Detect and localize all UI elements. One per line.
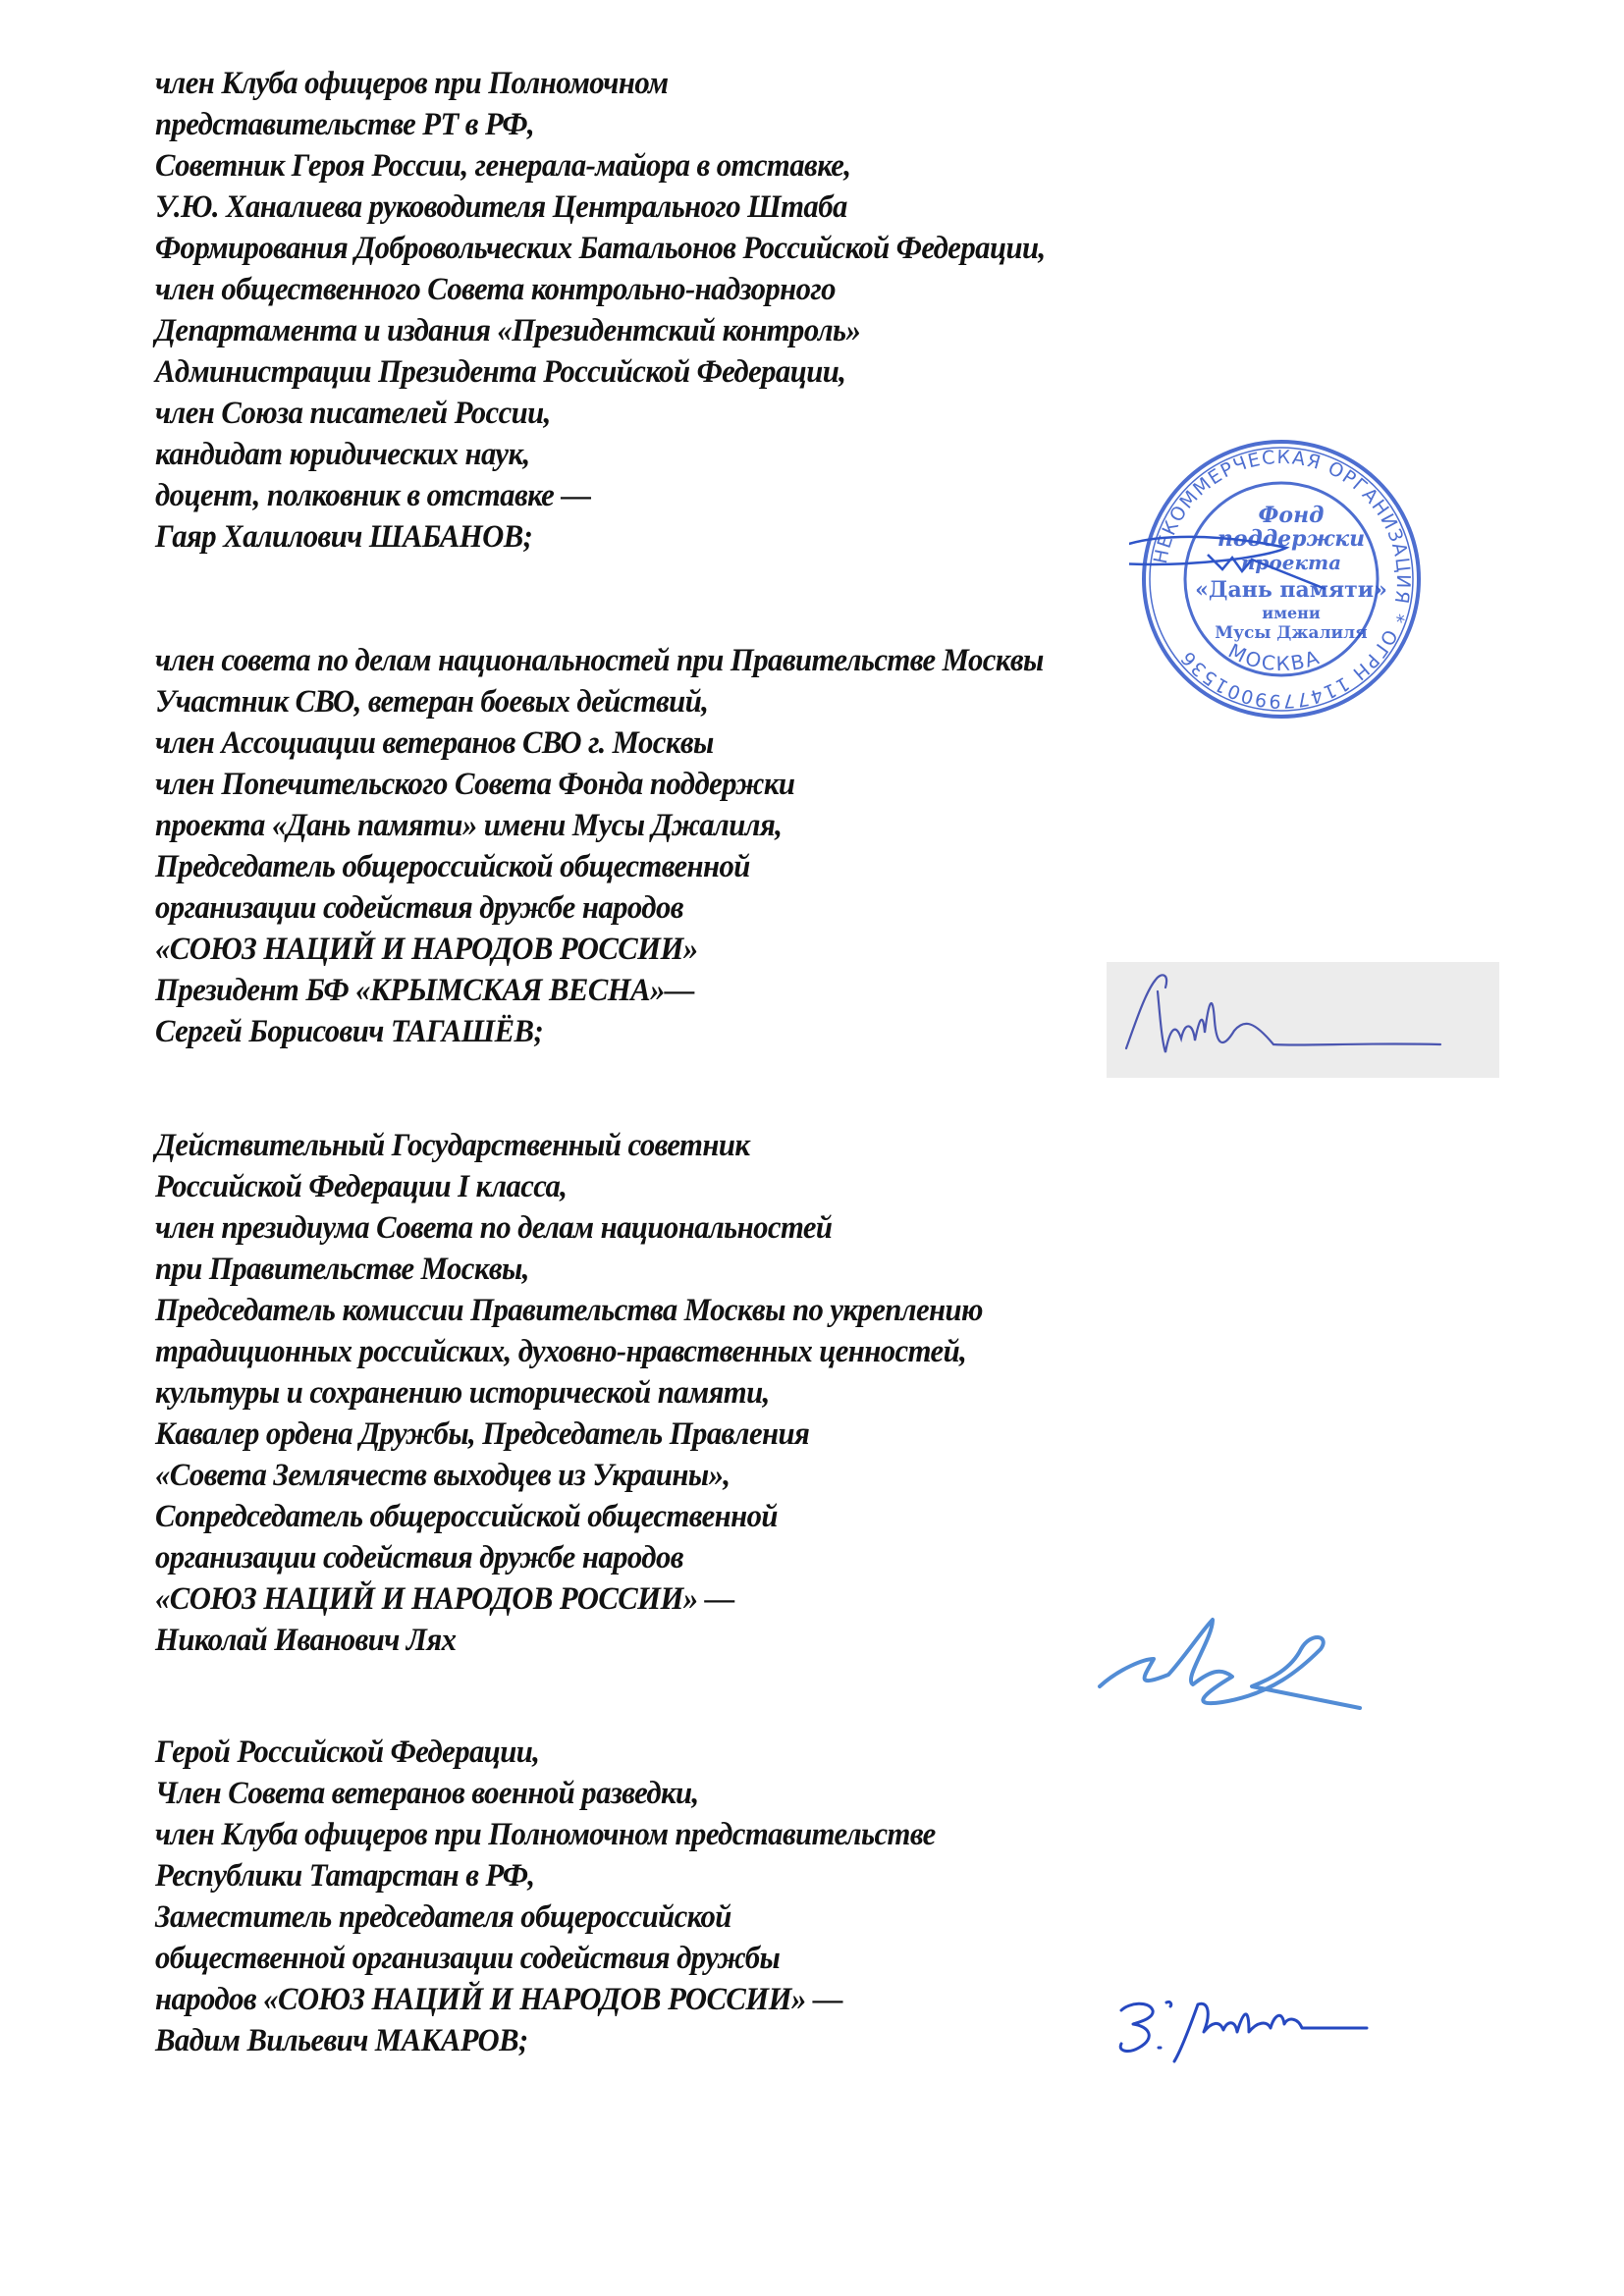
signature-tagashev bbox=[1107, 962, 1499, 1078]
signatory-block-tagashev: член совета по делам национальностей при… bbox=[155, 640, 1110, 1052]
text-line: «СОЮЗ НАЦИЙ И НАРОДОВ РОССИИ» — bbox=[155, 1578, 983, 1620]
text-line: член президиума Совета по делам национал… bbox=[155, 1207, 983, 1249]
text-line: народов «СОЮЗ НАЦИЙ И НАРОДОВ РОССИИ» — bbox=[155, 1979, 936, 2020]
signatory-name: Николай Иванович Лях bbox=[155, 1620, 983, 1661]
text-line: Администрации Президента Российской Феде… bbox=[155, 351, 1046, 393]
text-line: «СОЮЗ НАЦИЙ И НАРОДОВ РОССИИ» bbox=[155, 929, 1044, 970]
text-line: Советник Героя России, генерала-майора в… bbox=[155, 145, 1046, 187]
text-line: У.Ю. Ханалиева руководителя Центрального… bbox=[155, 187, 1046, 228]
text-line: Республики Татарстан в РФ, bbox=[155, 1855, 936, 1896]
text-line: член совета по делам национальностей при… bbox=[155, 640, 1044, 681]
text-line: член Клуба офицеров при Полномочном bbox=[155, 63, 1046, 104]
text-line: организации содействия дружбе народов bbox=[155, 1537, 983, 1578]
text-line: традиционных российских, духовно-нравств… bbox=[155, 1331, 983, 1372]
signatory-name: Гаяр Халилович ШАБАНОВ; bbox=[155, 516, 1046, 558]
signature-makarov bbox=[1110, 1993, 1384, 2066]
text-line: доцент, полковник в отставке — bbox=[155, 475, 1046, 516]
svg-text:МОСКВА: МОСКВА bbox=[1224, 639, 1324, 676]
text-line: «Совета Землячеств выходцев из Украины», bbox=[155, 1455, 983, 1496]
svg-text:Мусы Джалиля: Мусы Джалиля bbox=[1215, 623, 1367, 643]
text-line: общественной организации содействия друж… bbox=[155, 1938, 936, 1979]
text-line: кандидат юридических наук, bbox=[155, 434, 1046, 475]
text-line: представительстве РТ в РФ, bbox=[155, 104, 1046, 145]
text-line: Президент БФ «КРЫМСКАЯ ВЕСНА»— bbox=[155, 970, 1044, 1011]
signatory-block-makarov: Герой Российской Федерации, Член Совета … bbox=[155, 1732, 995, 2061]
svg-text:Фонд: Фонд bbox=[1259, 503, 1325, 528]
text-line: член Клуба офицеров при Полномочном пред… bbox=[155, 1814, 936, 1855]
signatory-block-lyakh: Действительный Государственный советник … bbox=[155, 1125, 1045, 1661]
stamp-icon: НЕКОММЕРЧЕСКАЯ ОРГАНИЗАЦИЯ * ОГРН 114779… bbox=[1129, 432, 1434, 726]
text-line: проекта «Дань памяти» имени Мусы Джалиля… bbox=[155, 805, 1044, 846]
document-page: член Клуба офицеров при Полномочном пред… bbox=[0, 0, 1624, 2296]
text-line: Действительный Государственный советник bbox=[155, 1125, 983, 1166]
svg-text:«Дань памяти»: «Дань памяти» bbox=[1195, 577, 1387, 603]
svg-text:имени: имени bbox=[1262, 604, 1321, 622]
text-line: Кавалер ордена Дружбы, Председатель Прав… bbox=[155, 1414, 983, 1455]
signatory-block-shabanov: член Клуба офицеров при Полномочном пред… bbox=[155, 63, 1112, 558]
text-line: Член Совета ветеранов военной разведки, bbox=[155, 1773, 936, 1814]
text-line: Участник СВО, ветеран боевых действий, bbox=[155, 681, 1044, 722]
text-line: член Ассоциации ветеранов СВО г. Москвы bbox=[155, 722, 1044, 764]
text-line: культуры и сохранению исторической памят… bbox=[155, 1372, 983, 1414]
signature-icon bbox=[1075, 1600, 1370, 1737]
organization-stamp: НЕКОММЕРЧЕСКАЯ ОРГАНИЗАЦИЯ * ОГРН 114779… bbox=[1129, 432, 1434, 726]
text-line: Департамента и издания «Президентский ко… bbox=[155, 310, 1046, 351]
text-line: Заместитель председателя общероссийской bbox=[155, 1896, 936, 1938]
text-line: Формирования Добровольческих Батальонов … bbox=[155, 228, 1046, 269]
signature-icon bbox=[1107, 962, 1499, 1078]
text-line: при Правительстве Москвы, bbox=[155, 1249, 983, 1290]
signature-lyakh bbox=[1075, 1600, 1370, 1737]
signature-icon bbox=[1110, 1993, 1384, 2066]
text-line: Сопредседатель общероссийской общественн… bbox=[155, 1496, 983, 1537]
text-line: член Союза писателей России, bbox=[155, 393, 1046, 434]
text-line: член Попечительского Совета Фонда поддер… bbox=[155, 764, 1044, 805]
text-line: Российской Федерации I класса, bbox=[155, 1166, 983, 1207]
text-line: член общественного Совета контрольно-над… bbox=[155, 269, 1046, 310]
text-line: Председатель комиссии Правительства Моск… bbox=[155, 1290, 983, 1331]
text-line: Председатель общероссийской общественной bbox=[155, 846, 1044, 887]
text-line: организации содействия дружбе народов bbox=[155, 887, 1044, 929]
signatory-name: Вадим Вильевич МАКАРОВ; bbox=[155, 2020, 936, 2061]
text-line: Герой Российской Федерации, bbox=[155, 1732, 936, 1773]
signatory-name: Сергей Борисович ТАГАШЁВ; bbox=[155, 1011, 1044, 1052]
